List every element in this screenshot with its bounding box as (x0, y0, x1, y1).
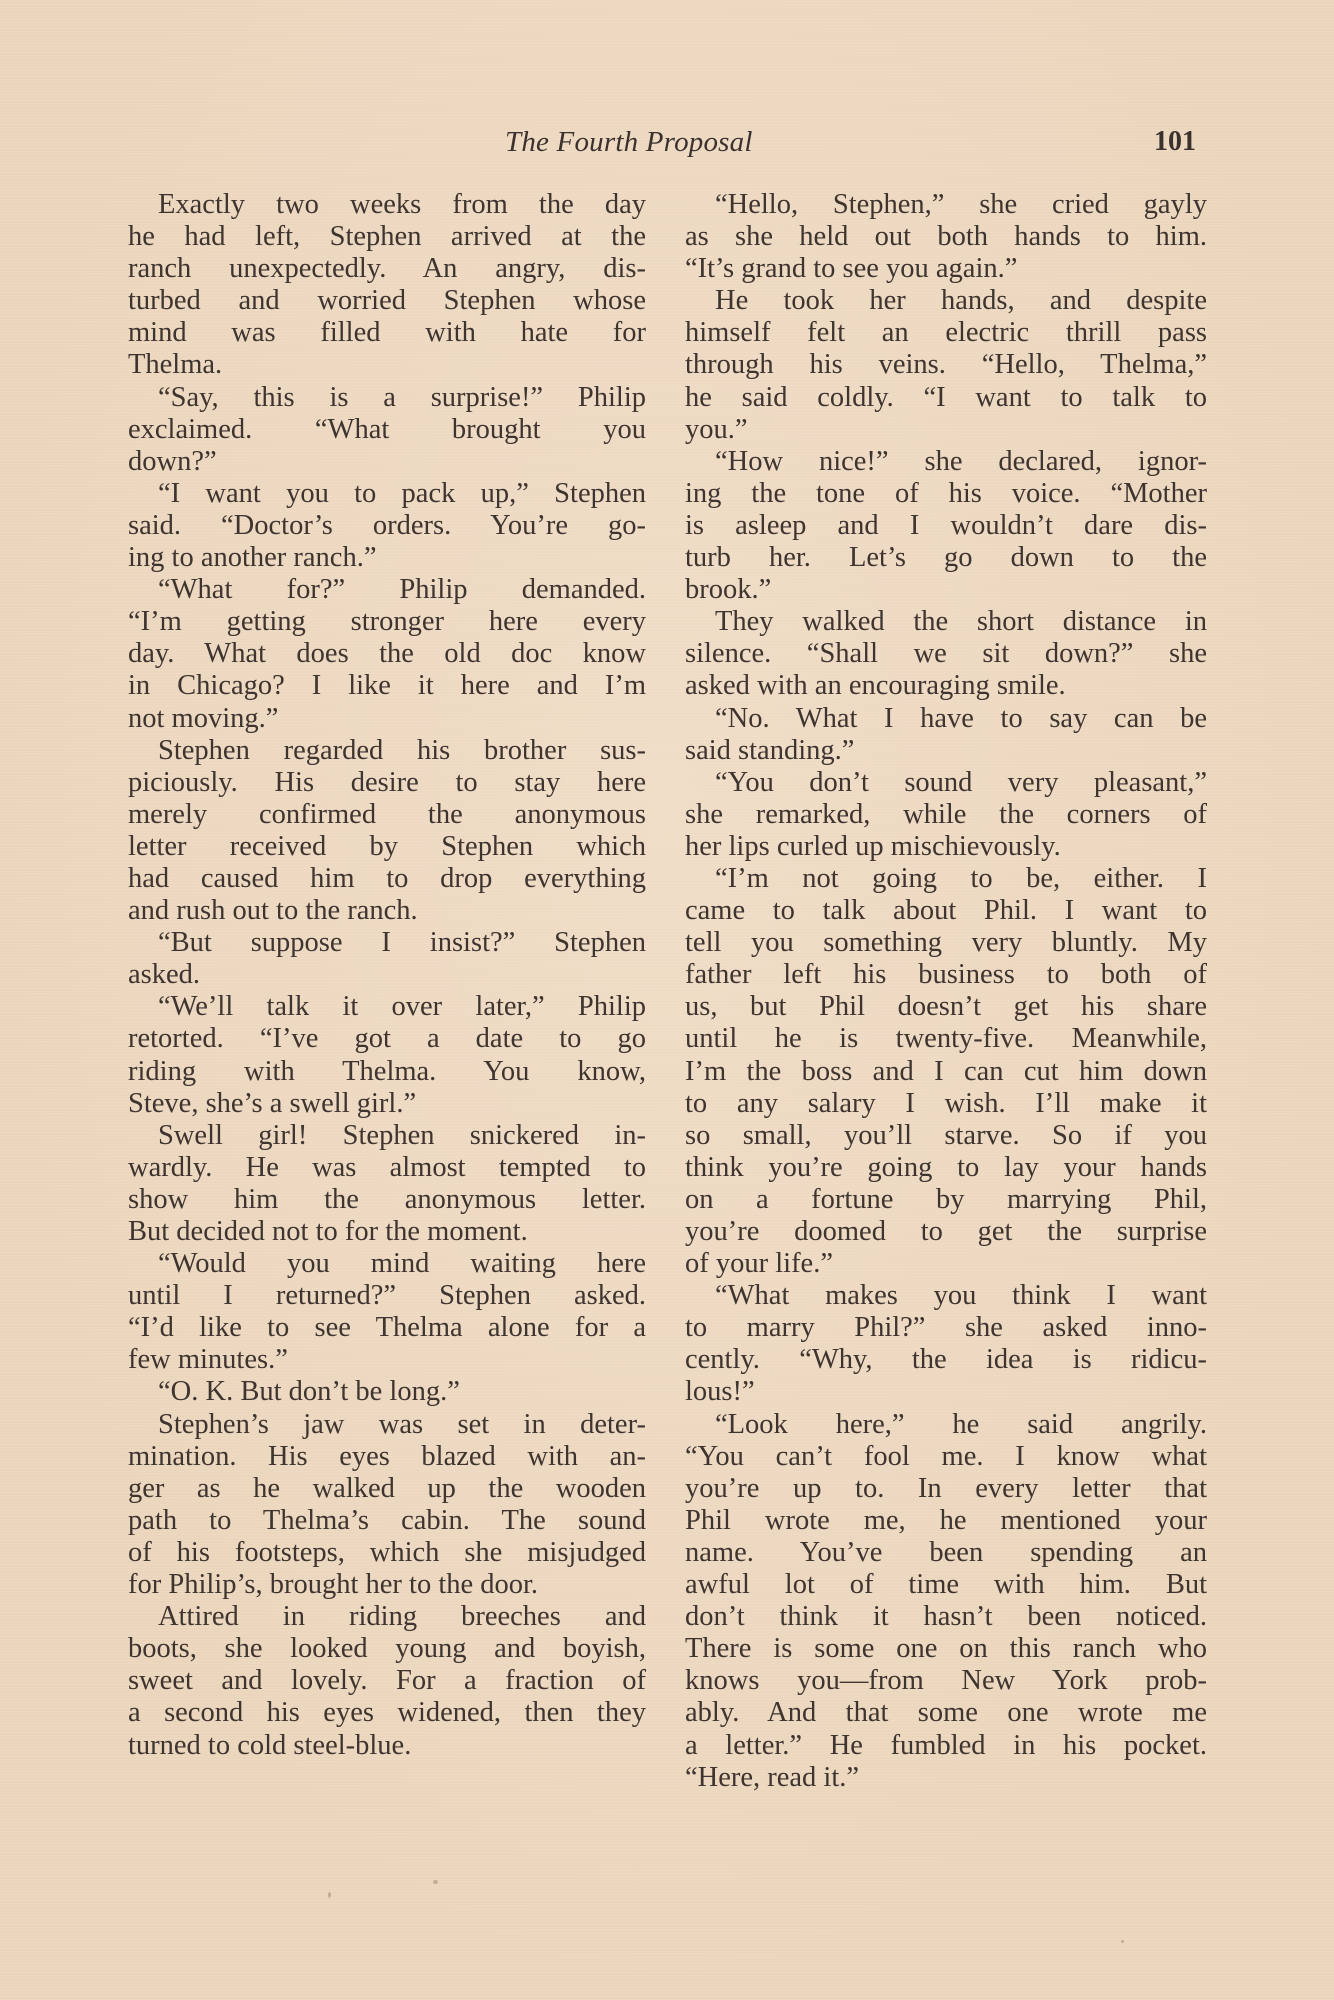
text-line: “I’m getting stronger here every (128, 606, 646, 638)
text-line: himself felt an electric thrill pass (685, 317, 1207, 349)
text-line: “Look here,” he said angrily. (685, 1409, 1207, 1441)
text-line: “How nice!” she declared, ignor- (685, 446, 1207, 478)
text-line: Steve, she’s a swell girl.” (128, 1088, 646, 1120)
text-line: father left his business to both of (685, 959, 1207, 991)
paragraph: Exactly two weeks from the dayhe had lef… (128, 189, 646, 382)
text-line: “What for?” Philip demanded. (128, 574, 646, 606)
text-line: ably. And that some one wrote me (685, 1697, 1207, 1729)
paragraph: “O. K. But don’t be long.” (128, 1376, 646, 1408)
text-line: merely confirmed the anonymous (128, 799, 646, 831)
text-line: ing the tone of his voice. “Mother (685, 478, 1207, 510)
page-number: 101 (1154, 126, 1196, 158)
text-line: through his veins. “Hello, Thelma,” (685, 349, 1207, 381)
paper-speck (328, 1892, 331, 1898)
text-line: name. You’ve been spending an (685, 1537, 1207, 1569)
text-line: until he is twenty-five. Meanwhile, (685, 1023, 1207, 1055)
text-line: sweet and lovely. For a fraction of (128, 1665, 646, 1697)
text-line: as she held out both hands to him. (685, 221, 1207, 253)
text-line: down?” (128, 446, 646, 478)
text-line: tell you something very bluntly. My (685, 927, 1207, 959)
text-line: Phil wrote me, he mentioned your (685, 1505, 1207, 1537)
text-line: cently. “Why, the idea is ridicu- (685, 1344, 1207, 1376)
text-line: mination. His eyes blazed with an- (128, 1441, 646, 1473)
paragraph: “I want you to pack up,” Stephensaid. “D… (128, 478, 646, 574)
text-line: “I’m not going to be, either. I (685, 863, 1207, 895)
text-line: exclaimed. “What brought you (128, 414, 646, 446)
paragraph: “But suppose I insist?” Stephenasked. (128, 927, 646, 991)
text-line: silence. “Shall we sit down?” she (685, 638, 1207, 670)
text-line: Thelma. (128, 349, 646, 381)
paragraph: “What for?” Philip demanded.“I’m getting… (128, 574, 646, 734)
text-line: “Hello, Stephen,” she cried gayly (685, 189, 1207, 221)
text-line: said standing.” (685, 735, 1207, 767)
text-line: “I’d like to see Thelma alone for a (128, 1312, 646, 1344)
running-head: The Fourth Proposal 101 (0, 126, 1334, 166)
text-line: wardly. He was almost tempted to (128, 1152, 646, 1184)
text-line: you’re doomed to get the surprise (685, 1216, 1207, 1248)
text-line: Stephen’s jaw was set in deter- (128, 1409, 646, 1441)
text-line: a second his eyes widened, then they (128, 1697, 646, 1729)
text-line: she remarked, while the corners of (685, 799, 1207, 831)
text-line: boots, she looked young and boyish, (128, 1633, 646, 1665)
text-line: “You don’t sound very pleasant,” (685, 767, 1207, 799)
paragraph: “No. What I have to say can besaid stand… (685, 703, 1207, 767)
text-line: of his footsteps, which she misjudged (128, 1537, 646, 1569)
text-line: Stephen regarded his brother sus- (128, 735, 646, 767)
text-line: “But suppose I insist?” Stephen (128, 927, 646, 959)
text-line: retorted. “I’ve got a date to go (128, 1023, 646, 1055)
text-line: had caused him to drop everything (128, 863, 646, 895)
text-line: Attired in riding breeches and (128, 1601, 646, 1633)
text-line: knows you—from New York prob- (685, 1665, 1207, 1697)
paragraph: Stephen regarded his brother sus-picious… (128, 735, 646, 928)
paragraph: “Look here,” he said angrily.“You can’t … (685, 1409, 1207, 1794)
text-line: Swell girl! Stephen snickered in- (128, 1120, 646, 1152)
text-line: he had left, Stephen arrived at the (128, 221, 646, 253)
paragraph: Swell girl! Stephen snickered in-wardly.… (128, 1120, 646, 1248)
paragraph: “You don’t sound very pleasant,”she rema… (685, 767, 1207, 863)
text-line: turb her. Let’s go down to the (685, 542, 1207, 574)
text-line: Exactly two weeks from the day (128, 189, 646, 221)
paragraph: “Would you mind waiting hereuntil I retu… (128, 1248, 646, 1376)
paragraph: “Hello, Stephen,” she cried gaylyas she … (685, 189, 1207, 285)
text-line: show him the anonymous letter. (128, 1184, 646, 1216)
text-line: came to talk about Phil. I want to (685, 895, 1207, 927)
paragraph: “Say, this is a surprise!” Philipexclaim… (128, 382, 646, 478)
text-line: “No. What I have to say can be (685, 703, 1207, 735)
paragraph: Attired in riding breeches andboots, she… (128, 1601, 646, 1761)
text-line: riding with Thelma. You know, (128, 1056, 646, 1088)
text-line: few minutes.” (128, 1344, 646, 1376)
paragraph: He took her hands, and despitehimself fe… (685, 285, 1207, 445)
text-line: us, but Phil doesn’t get his share (685, 991, 1207, 1023)
text-line: He took her hands, and despite (685, 285, 1207, 317)
text-line: is asleep and I wouldn’t dare dis- (685, 510, 1207, 542)
text-line: said. “Doctor’s orders. You’re go- (128, 510, 646, 542)
text-line: you’re up to. In every letter that (685, 1473, 1207, 1505)
text-line: until I returned?” Stephen asked. (128, 1280, 646, 1312)
text-line: on a fortune by marrying Phil, (685, 1184, 1207, 1216)
paragraph: They walked the short distance insilence… (685, 606, 1207, 702)
text-line: in Chicago? I like it here and I’m (128, 670, 646, 702)
text-column-right: “Hello, Stephen,” she cried gaylyas she … (685, 189, 1207, 1794)
text-line: asked. (128, 959, 646, 991)
text-line: There is some one on this ranch who (685, 1633, 1207, 1665)
text-line: “Say, this is a surprise!” Philip (128, 382, 646, 414)
text-line: day. What does the old doc know (128, 638, 646, 670)
text-line: “I want you to pack up,” Stephen (128, 478, 646, 510)
text-line: mind was filled with hate for (128, 317, 646, 349)
paragraph: “How nice!” she declared, ignor-ing the … (685, 446, 1207, 606)
text-line: her lips curled up mischievously. (685, 831, 1207, 863)
text-line: you.” (685, 414, 1207, 446)
text-line: path to Thelma’s cabin. The sound (128, 1505, 646, 1537)
text-line: ing to another ranch.” (128, 542, 646, 574)
paragraph: “I’m not going to be, either. Icame to t… (685, 863, 1207, 1280)
text-line: turbed and worried Stephen whose (128, 285, 646, 317)
text-line: lous!” (685, 1376, 1207, 1408)
text-line: “O. K. But don’t be long.” (128, 1376, 646, 1408)
text-line: turned to cold steel-blue. (128, 1730, 646, 1762)
text-line: letter received by Stephen which (128, 831, 646, 863)
paper-speck (1121, 1940, 1124, 1943)
text-line: for Philip’s, brought her to the door. (128, 1569, 646, 1601)
text-line: not moving.” (128, 703, 646, 735)
text-line: piciously. His desire to stay here (128, 767, 646, 799)
text-line: “Here, read it.” (685, 1762, 1207, 1794)
paper-speck (433, 1880, 438, 1884)
text-line: to marry Phil?” she asked inno- (685, 1312, 1207, 1344)
text-line: “It’s grand to see you again.” (685, 253, 1207, 285)
text-line: so small, you’ll starve. So if you (685, 1120, 1207, 1152)
text-line: I’m the boss and I can cut him down (685, 1056, 1207, 1088)
text-line: a letter.” He fumbled in his pocket. (685, 1730, 1207, 1762)
text-line: don’t think it hasn’t been noticed. (685, 1601, 1207, 1633)
text-line: and rush out to the ranch. (128, 895, 646, 927)
text-line: awful lot of time with him. But (685, 1569, 1207, 1601)
paragraph: “What makes you think I wantto marry Phi… (685, 1280, 1207, 1408)
text-column-left: Exactly two weeks from the dayhe had lef… (128, 189, 646, 1762)
text-line: “What makes you think I want (685, 1280, 1207, 1312)
text-line: brook.” (685, 574, 1207, 606)
text-line: They walked the short distance in (685, 606, 1207, 638)
running-title: The Fourth Proposal (505, 126, 753, 159)
text-line: ger as he walked up the wooden (128, 1473, 646, 1505)
text-line: “Would you mind waiting here (128, 1248, 646, 1280)
text-line: But decided not to for the moment. (128, 1216, 646, 1248)
text-line: to any salary I wish. I’ll make it (685, 1088, 1207, 1120)
text-line: “You can’t fool me. I know what (685, 1441, 1207, 1473)
paragraph: Stephen’s jaw was set in deter-mination.… (128, 1409, 646, 1602)
text-line: he said coldly. “I want to talk to (685, 382, 1207, 414)
text-line: asked with an encouraging smile. (685, 670, 1207, 702)
text-line: of your life.” (685, 1248, 1207, 1280)
text-line: think you’re going to lay your hands (685, 1152, 1207, 1184)
paragraph: “We’ll talk it over later,” Philipretort… (128, 991, 646, 1119)
text-line: ranch unexpectedly. An angry, dis- (128, 253, 646, 285)
text-line: “We’ll talk it over later,” Philip (128, 991, 646, 1023)
